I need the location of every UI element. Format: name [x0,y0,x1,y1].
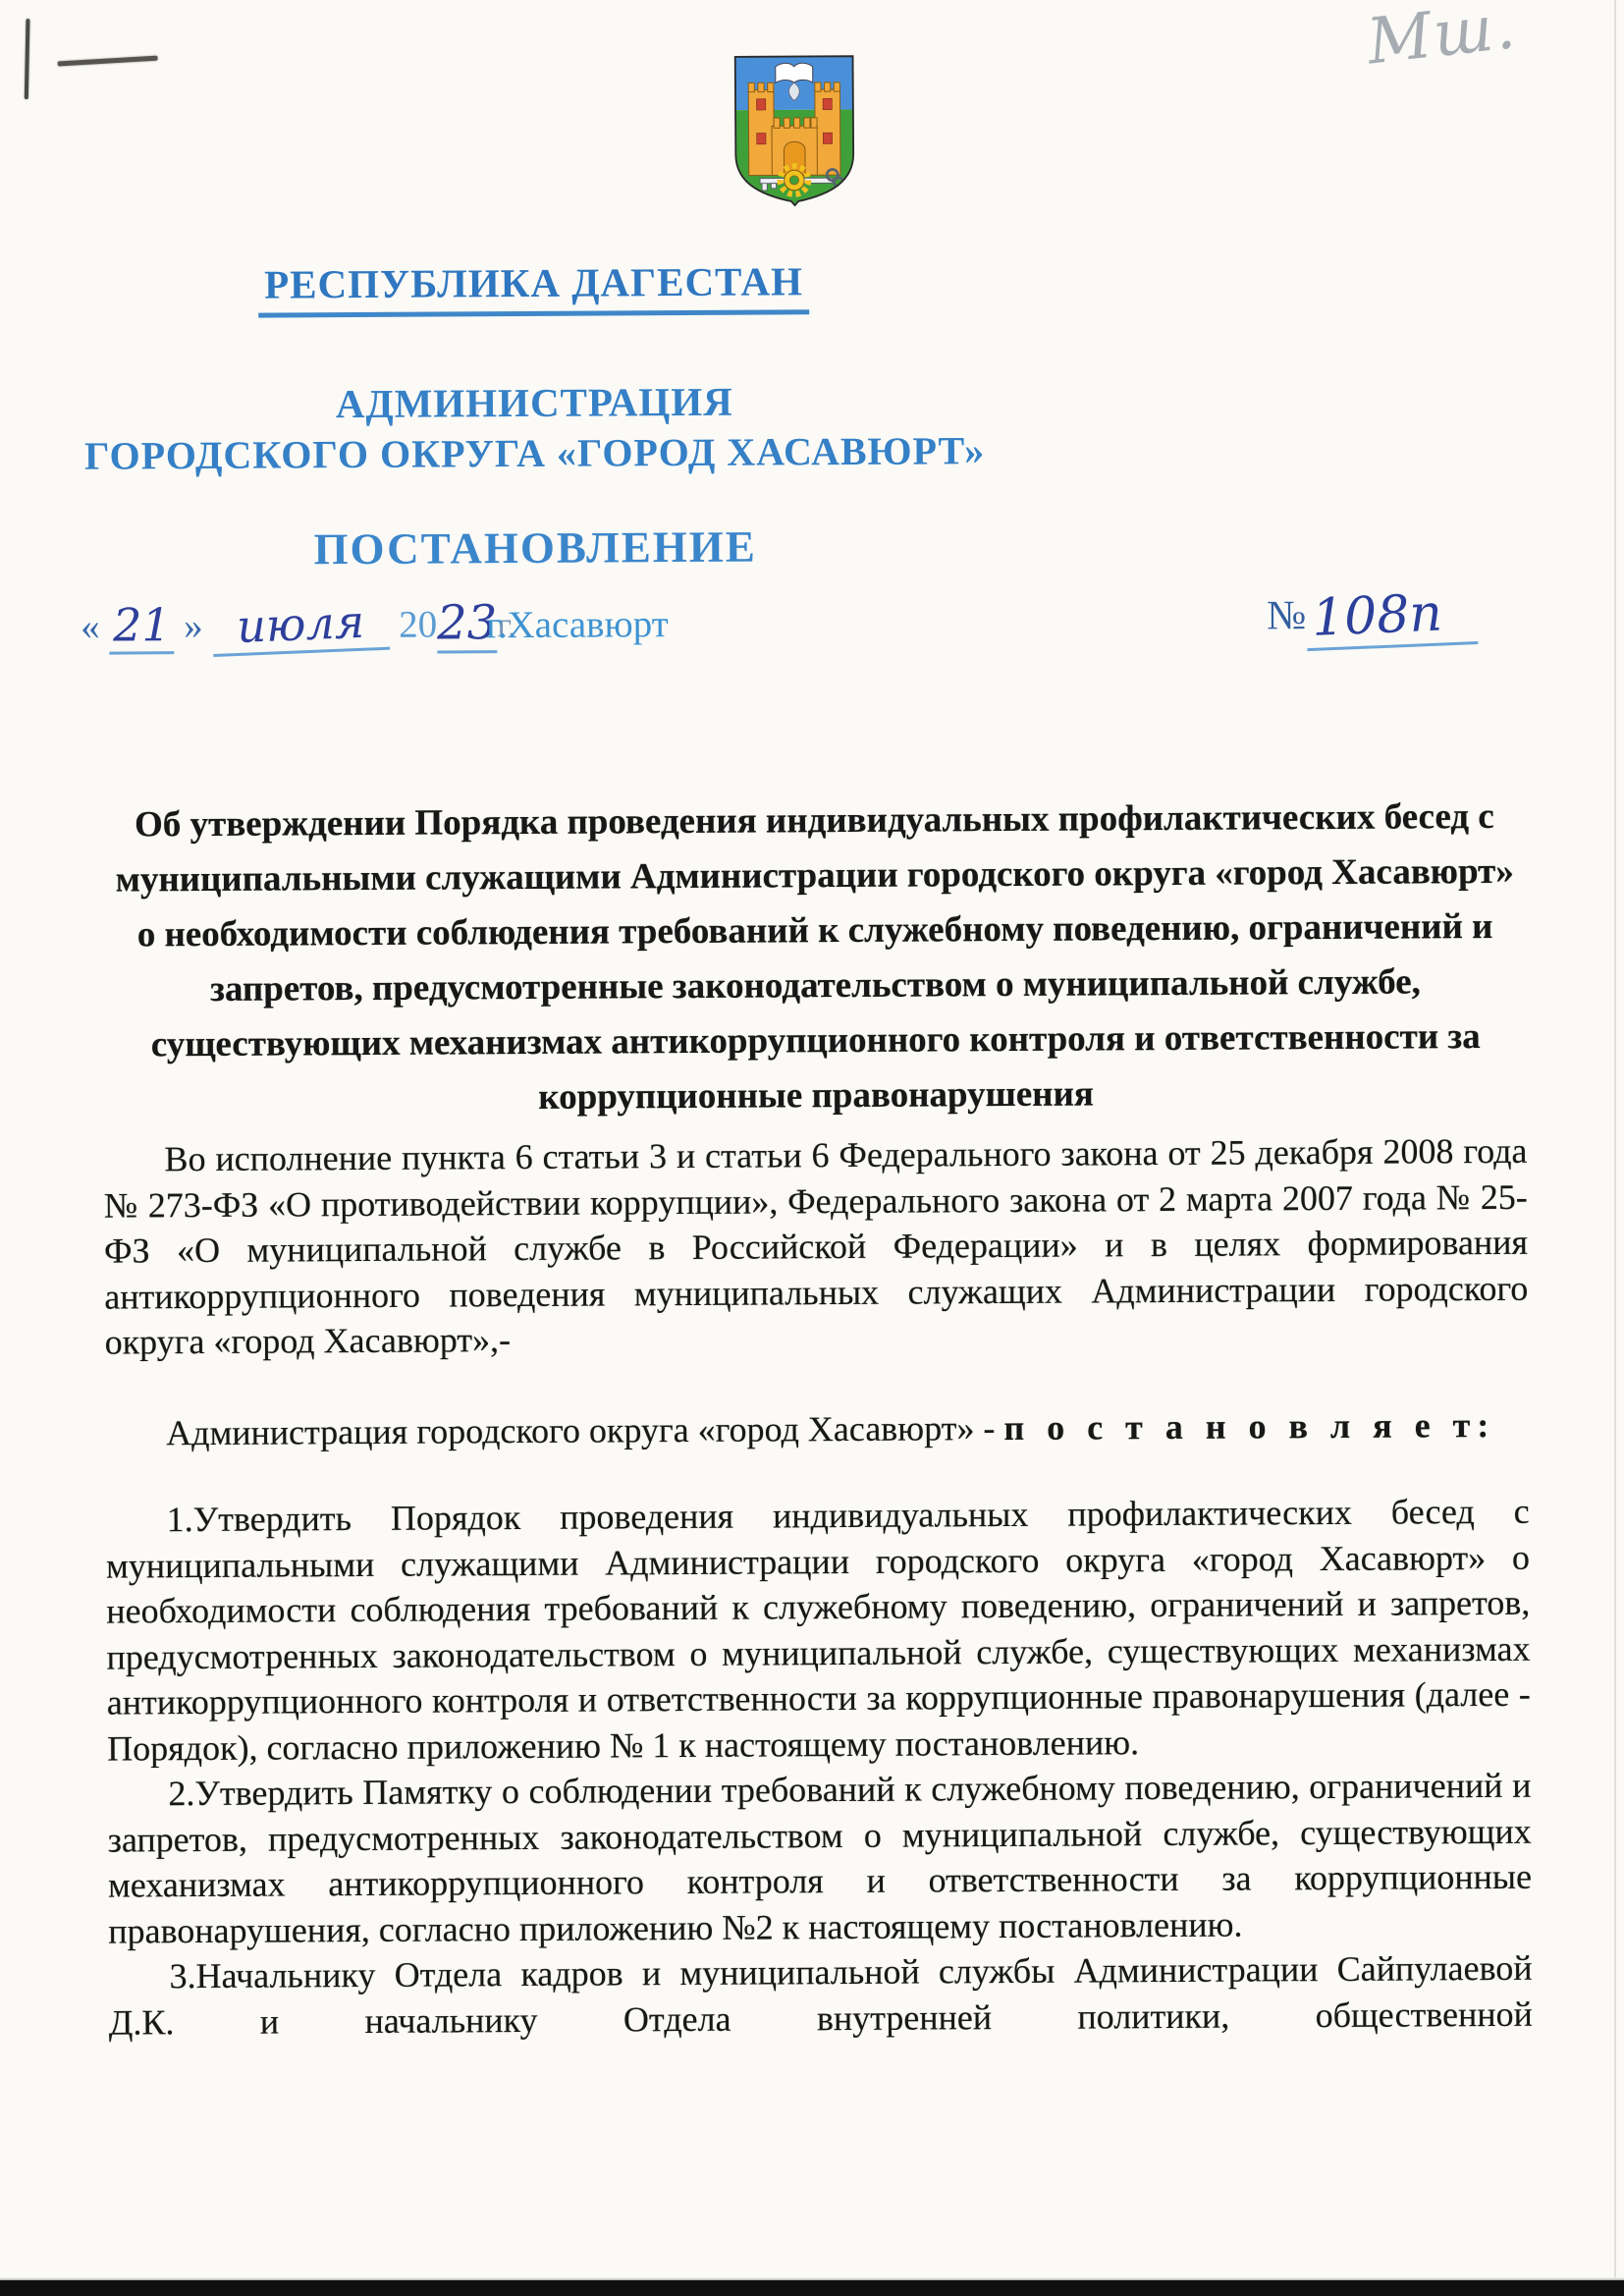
item-3-paragraph: 3.Начальнику Отдела кадров и муниципальн… [108,1945,1533,2046]
city-label: г.Хасавюрт [486,602,669,647]
organization-line2: ГОРОДСКОГО ОКРУГА «ГОРОД ХАСАВЮРТ» [51,427,1018,479]
resolution-line: Администрация городского округа «город Х… [105,1401,1529,1455]
date-line: « 21 » июля 2023г. [81,593,516,654]
coat-of-arms-khasavyurt-icon [731,53,858,207]
staple-mark-icon [25,19,30,99]
scanned-page: Мш. [0,0,1624,2296]
handwritten-number: 108п [1305,582,1478,651]
resolution-plain-text: Администрация городского округа «город Х… [166,1408,1003,1452]
document-title: Об утверждении Порядка проведения индиви… [102,790,1528,1128]
document-type-heading: ПОСТАНОВЛЕНИЕ [52,519,1019,576]
republic-heading: РЕСПУБЛИКА ДАГЕСТАН [50,256,1017,319]
year-printed: 20 [399,604,437,646]
handwritten-month: июля [211,594,390,657]
scan-edge-line [1614,0,1616,2296]
quote-close: » [184,605,203,647]
number-sign: № [1267,593,1306,638]
quote-open: « [81,606,100,648]
document-number: №108п [1267,581,1477,644]
resolution-verb: п о с т а н о в л я е т: [1003,1404,1495,1447]
item-1-paragraph: 1.Утвердить Порядок проведения индивидуа… [106,1489,1532,1772]
organization-line1: АДМИНИСТРАЦИЯ [51,376,1018,429]
republic-heading-text: РЕСПУБЛИКА ДАГЕСТАН [258,257,809,317]
document-body: Во исполнение пункта 6 статьи 3 и статьи… [103,1128,1533,2046]
handwritten-day: 21 [109,598,174,654]
handwritten-corner-note: Мш. [1364,0,1521,79]
preamble-paragraph: Во исполнение пункта 6 статьи 3 и статьи… [103,1128,1528,1365]
staple-mark-icon [58,56,158,67]
scan-bottom-edge [0,2280,1624,2296]
item-2-paragraph: 2.Утвердить Памятку о соблюдении требова… [107,1763,1532,1954]
